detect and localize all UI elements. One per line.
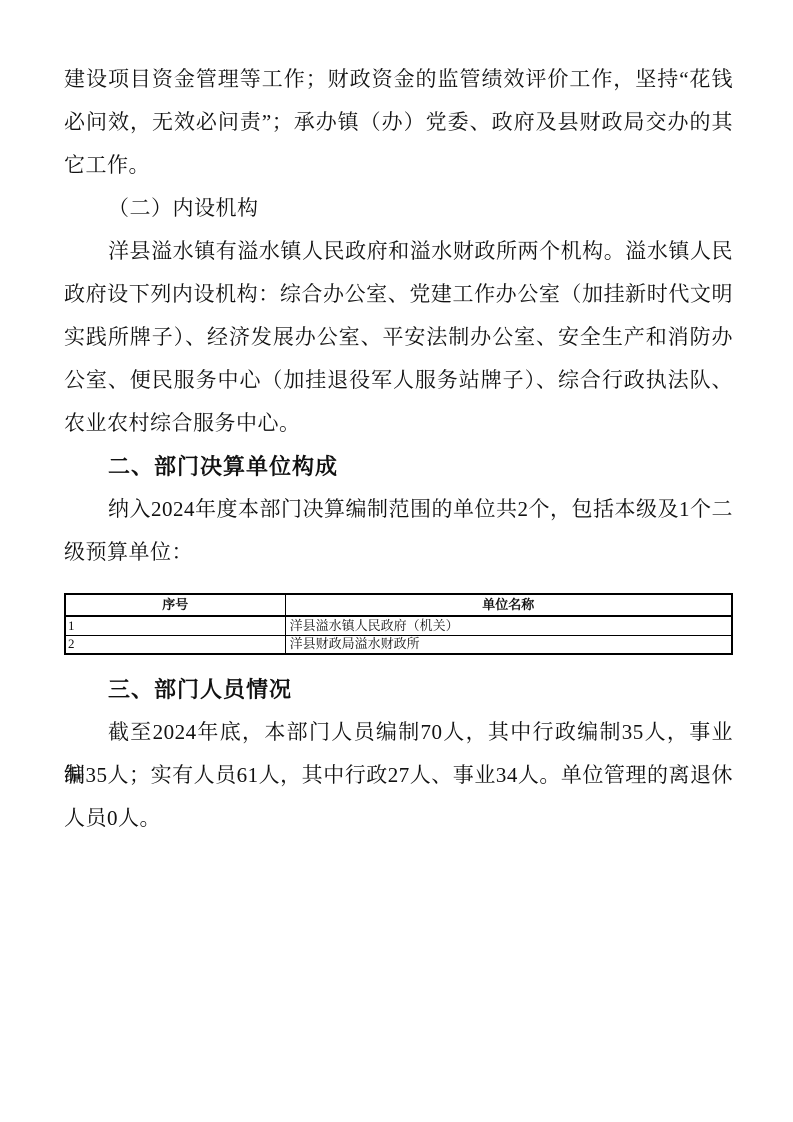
paragraph-line: 纳入2024年度本部门决算编制范围的单位共2个，包括本级及1个二: [64, 488, 733, 531]
unit-table: 序号 单位名称 1 洋县溢水镇人民政府（机关） 2 洋县财政局溢水财政所: [64, 593, 733, 655]
table-cell-seq: 2: [65, 635, 285, 654]
section-heading-personnel: 三、部门人员情况: [64, 668, 733, 711]
paragraph-line: 农业农村综合服务中心。: [64, 402, 733, 445]
table-header-row: 序号 单位名称: [65, 594, 732, 616]
paragraph-line: 级预算单位：: [64, 531, 733, 574]
paragraph-line: 实践所牌子）、经济发展办公室、平安法制办公室、安全生产和消防办: [64, 316, 733, 359]
table-cell-unit-name: 洋县溢水镇人民政府（机关）: [285, 616, 732, 635]
paragraph-line: 建设项目资金管理等工作；财政资金的监管绩效评价工作，坚持“花钱: [64, 58, 733, 101]
paragraph-line: 洋县溢水镇有溢水镇人民政府和溢水财政所两个机构。溢水镇人民: [64, 230, 733, 273]
paragraph-line: 制35人；实有人员61人，其中行政27人、事业34人。单位管理的离退休: [64, 754, 733, 797]
section-heading-unit-composition: 二、部门决算单位构成: [64, 445, 733, 488]
table-header-seq: 序号: [65, 594, 285, 616]
table-row: 1 洋县溢水镇人民政府（机关）: [65, 616, 732, 635]
paragraph-line: 政府设下列内设机构：综合办公室、党建工作办公室（加挂新时代文明: [64, 273, 733, 316]
table-header-unit-name: 单位名称: [285, 594, 732, 616]
subsection-heading-internal-orgs: （二）内设机构: [64, 187, 733, 230]
table-row: 2 洋县财政局溢水财政所: [65, 635, 732, 654]
table-cell-seq: 1: [65, 616, 285, 635]
paragraph-line: 它工作。: [64, 144, 733, 187]
document-page: 建设项目资金管理等工作；财政资金的监管绩效评价工作，坚持“花钱 必问效，无效必问…: [0, 0, 793, 1122]
paragraph-line: 必问效，无效必问责”；承办镇（办）党委、政府及县财政局交办的其: [64, 101, 733, 144]
paragraph-line: 人员0人。: [64, 797, 733, 840]
paragraph-line: 截至2024年底，本部门人员编制70人，其中行政编制35人，事业编: [64, 711, 733, 754]
paragraph-line: 公室、便民服务中心（加挂退役军人服务站牌子）、综合行政执法队、: [64, 359, 733, 402]
table-cell-unit-name: 洋县财政局溢水财政所: [285, 635, 732, 654]
